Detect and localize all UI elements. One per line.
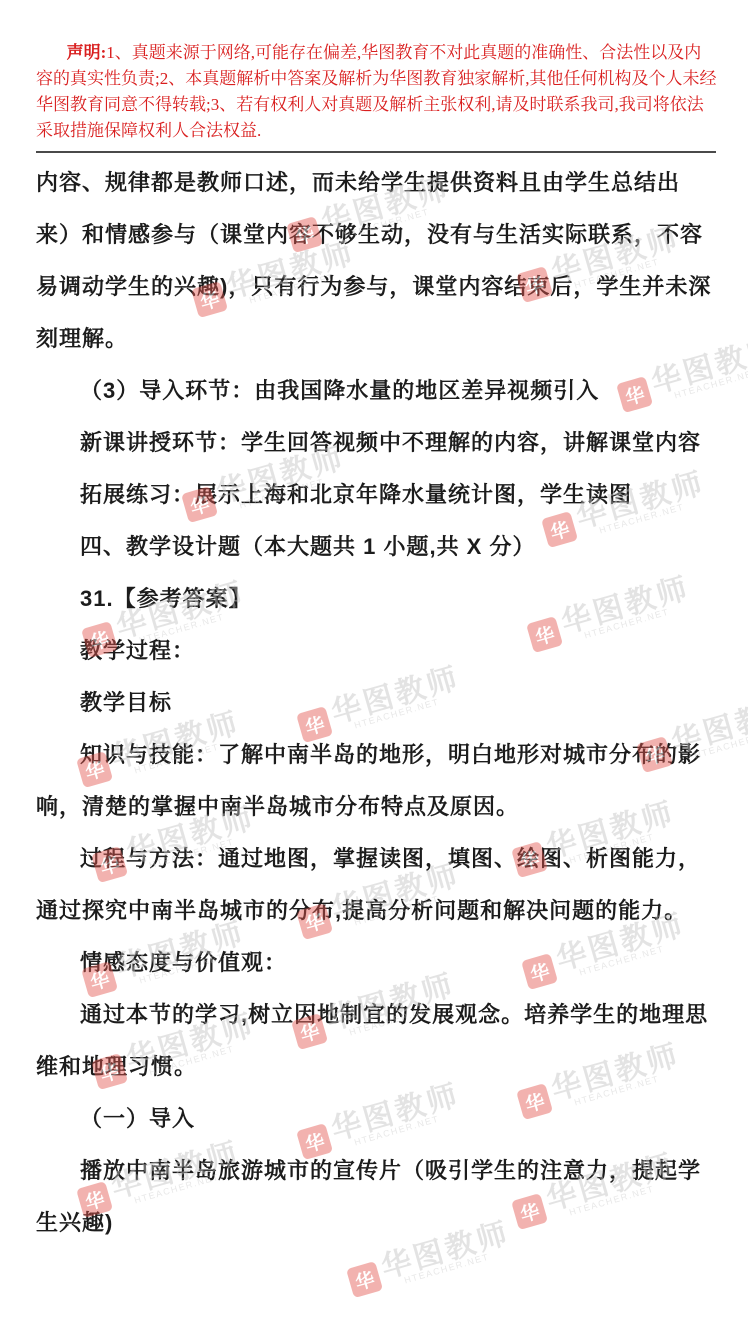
document-body: 内容、规律都是教师口述，而未给学生提供资料且由学生总结出来）和情感参与（课堂内容… — [0, 153, 748, 1249]
body-paragraph: 知识与技能：了解中南半岛的地形，明白地形对城市分布的影响，清楚的掌握中南半岛城市… — [36, 729, 714, 833]
disclaimer-text: 1、真题来源于网络,可能存在偏差,华图教育不对此真题的准确性、合法性以及内容的真… — [36, 43, 716, 140]
body-paragraph: 四、教学设计题（本大题共 1 小题,共 X 分） — [36, 521, 714, 573]
body-paragraph: 教学过程： — [36, 625, 714, 677]
body-paragraph: 教学目标 — [36, 677, 714, 729]
huatu-logo-icon: 华 — [346, 1261, 383, 1298]
document-page: 声明:1、真题来源于网络,可能存在偏差,华图教育不对此真题的准确性、合法性以及内… — [0, 0, 748, 1335]
body-paragraph: 播放中南半岛旅游城市的宣传片（吸引学生的注意力，提起学生兴趣) — [36, 1145, 714, 1249]
body-paragraph: 新课讲授环节：学生回答视频中不理解的内容，讲解课堂内容 — [36, 417, 714, 469]
body-paragraph: 拓展练习：展示上海和北京年降水量统计图，学生读图 — [36, 469, 714, 521]
body-paragraph: 情感态度与价值观： — [36, 937, 714, 989]
body-paragraph: 31.【参考答案】 — [36, 573, 714, 625]
body-paragraph: （一）导入 — [36, 1093, 714, 1145]
body-paragraph: （3）导入环节：由我国降水量的地区差异视频引入 — [36, 365, 714, 417]
watermark-domain: HTEACHER.NET — [403, 1244, 515, 1285]
body-paragraph: 过程与方法：通过地图，掌握读图，填图、绘图、析图能力，通过探究中南半岛城市的分布… — [36, 833, 714, 937]
body-paragraph: 内容、规律都是教师口述，而未给学生提供资料且由学生总结出来）和情感参与（课堂内容… — [36, 157, 714, 365]
disclaimer-label: 声明: — [67, 43, 107, 62]
disclaimer-paragraph: 声明:1、真题来源于网络,可能存在偏差,华图教育不对此真题的准确性、合法性以及内… — [0, 0, 748, 144]
body-paragraph: 通过本节的学习,树立因地制宜的发展观念。培养学生的地理思维和地理习惯。 — [36, 989, 714, 1093]
